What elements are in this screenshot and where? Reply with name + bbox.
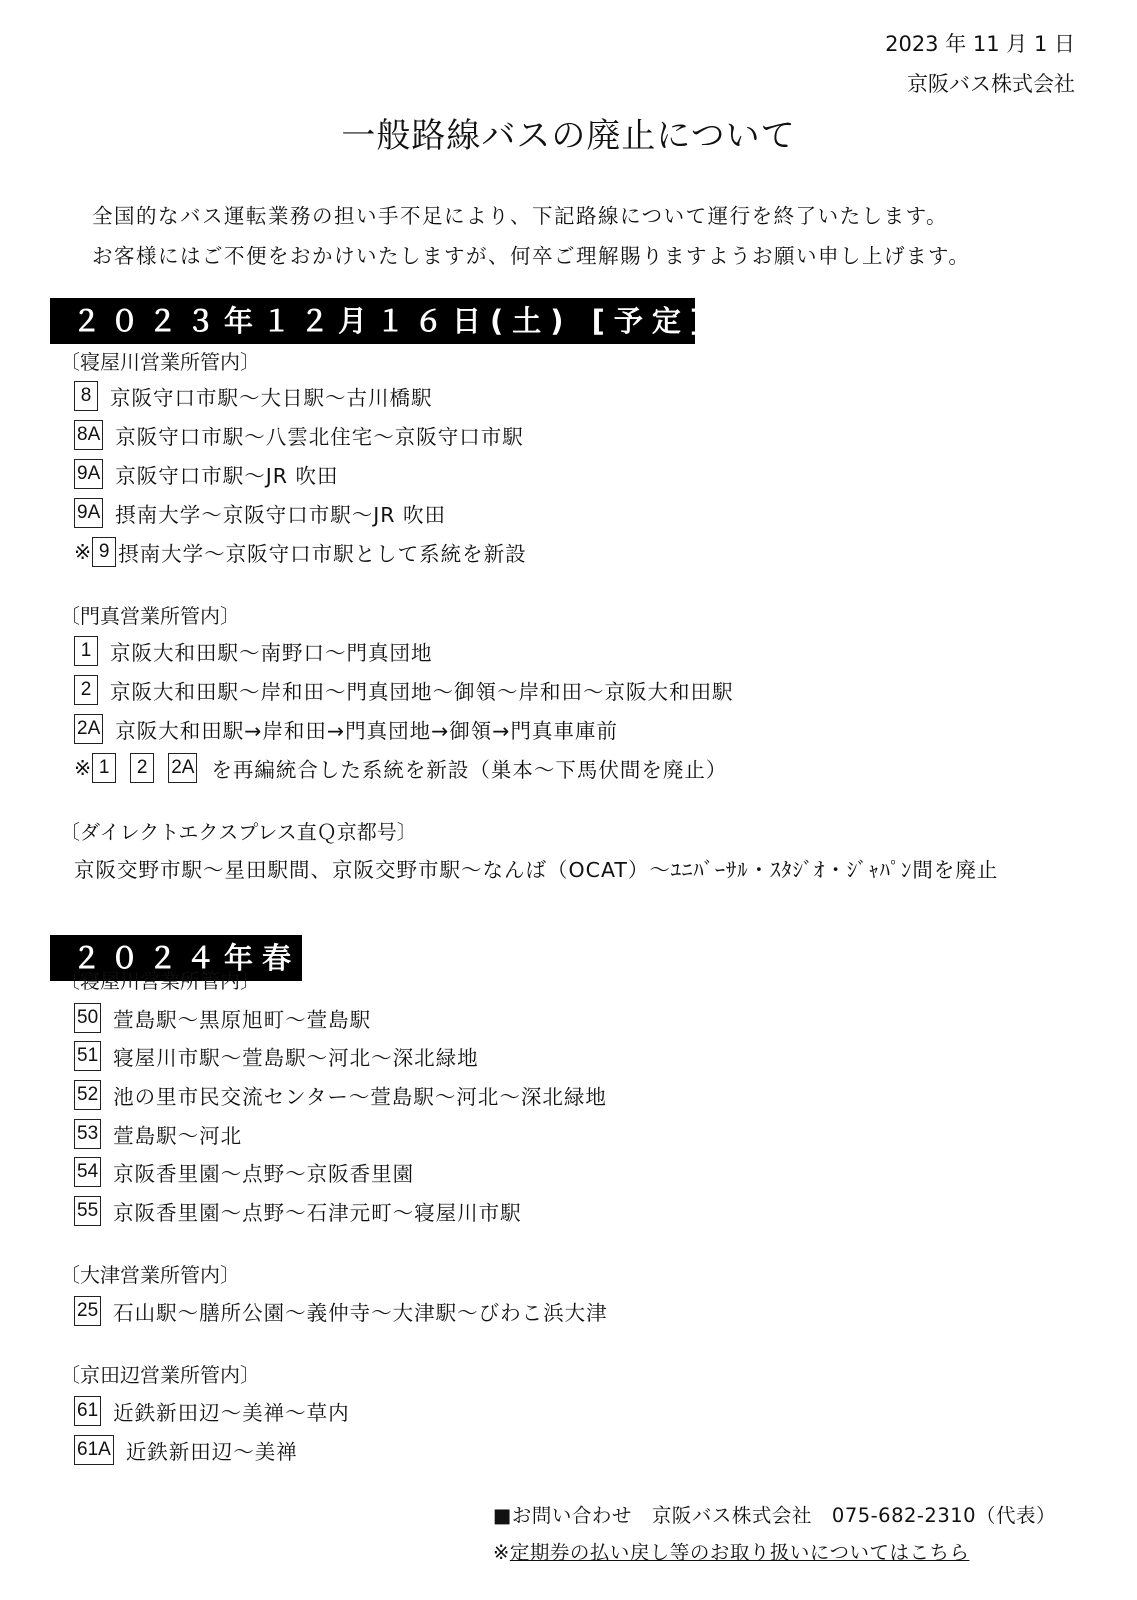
note-mark: ※: [493, 1541, 510, 1564]
route-text: 京阪大和田駅～岸和田～門真団地～御領～岸和田～京阪大和田駅: [110, 675, 734, 705]
issue-date: 2023 年 11 月 1 日: [885, 28, 1075, 58]
route-item: 9A 京阪守口市駅～JR 吹田: [74, 459, 339, 489]
route-number-badge: 2A: [74, 714, 103, 744]
route-number-badge: 1: [74, 636, 98, 666]
route-text: 京阪守口市駅～八雲北住宅～京阪守口市駅: [115, 420, 524, 450]
route-item: 52 池の里市民交流センター～萱島駅～河北～深北緑地: [74, 1080, 607, 1110]
section-banner-2023-12-16: ２０２３年１２月１６日(土) [予定]: [50, 298, 695, 344]
route-number-badge: 2: [74, 675, 98, 705]
office-heading-direct-express: 〔ダイレクトエクスプレス直Ｑ京都号〕: [60, 816, 417, 845]
route-number-badge: 61A: [74, 1435, 114, 1465]
route-text: 京阪交野市駅～星田駅間、京阪交野市駅～なんば（OCAT）～ﾕﾆﾊﾞｰｻﾙ・ｽﾀｼ…: [74, 853, 998, 883]
page-title: 一般路線バスの廃止について: [0, 108, 1137, 157]
route-item: 55 京阪香里園～点野～石津元町～寝屋川市駅: [74, 1196, 522, 1226]
route-item: 50 萱島駅～黒原旭町～萱島駅: [74, 1003, 371, 1033]
route-text: 池の里市民交流センター～萱島駅～河北～深北緑地: [113, 1080, 607, 1110]
route-text: 京阪香里園～点野～京阪香里園: [113, 1157, 414, 1187]
route-item: 8A 京阪守口市駅～八雲北住宅～京阪守口市駅: [74, 420, 524, 450]
route-item: 53 萱島駅～河北: [74, 1119, 242, 1149]
route-number-badge: 51: [74, 1041, 101, 1071]
route-item: 61A 近鉄新田辺～美禅: [74, 1435, 298, 1465]
route-number-badge: 9: [92, 537, 116, 567]
route-number-badge: 54: [74, 1157, 101, 1187]
route-number-badge: 50: [74, 1003, 101, 1033]
route-item: 54 京阪香里園～点野～京阪香里園: [74, 1157, 414, 1187]
note-mark: ※: [74, 540, 92, 564]
route-number-badge: 55: [74, 1196, 101, 1226]
route-item: 51 寝屋川市駅～萱島駅～河北～深北緑地: [74, 1041, 479, 1071]
route-note: ※ 9 摂南大学～京阪守口市駅として系統を新設: [74, 537, 527, 567]
route-number-badge: 25: [74, 1296, 101, 1326]
route-number-badge: 1: [92, 753, 116, 783]
route-text: 近鉄新田辺～美禅: [126, 1435, 298, 1465]
office-heading-kadoma: 〔門真営業所管内〕: [60, 600, 240, 629]
refund-info-link[interactable]: 定期券の払い戻し等のお取り扱いについてはこちら: [510, 1541, 970, 1564]
route-item: 2A 京阪大和田駅→岸和田→門真団地→御領→門真車庫前: [74, 714, 618, 744]
office-heading-neyagawa: 〔寝屋川営業所管内〕: [60, 965, 260, 994]
note-mark: ※: [74, 756, 92, 780]
route-number-badge: 53: [74, 1119, 101, 1149]
note-text: を再編統合した系統を新設（巣本～下馬伏間を廃止）: [211, 753, 727, 783]
route-item: 1 京阪大和田駅～南野口～門真団地: [74, 636, 433, 666]
note-text: 摂南大学～京阪守口市駅として系統を新設: [118, 537, 527, 567]
route-number-badge: 9A: [74, 498, 103, 528]
route-number-badge: 8: [74, 381, 98, 411]
route-number-badge: 9A: [74, 459, 103, 489]
contact-info: ■お問い合わせ 京阪バス株式会社 075-682-2310（代表）: [493, 1500, 1056, 1528]
route-text: 萱島駅～黒原旭町～萱島駅: [113, 1003, 371, 1033]
office-heading-neyagawa: 〔寝屋川営業所管内〕: [60, 346, 260, 375]
route-text: 寝屋川市駅～萱島駅～河北～深北緑地: [113, 1041, 479, 1071]
office-heading-otsu: 〔大津営業所管内〕: [60, 1259, 240, 1288]
route-number-badge: 52: [74, 1080, 101, 1110]
route-item: 2 京阪大和田駅～岸和田～門真団地～御領～岸和田～京阪大和田駅: [74, 675, 734, 705]
issuer-company: 京阪バス株式会社: [907, 68, 1075, 98]
route-text: 近鉄新田辺～美禅～草内: [113, 1396, 350, 1426]
intro-line-2: お客様にはご不便をおかけいたしますが、何卒ご理解賜りますようお願い申し上げます。: [92, 239, 970, 269]
route-number-badge: 8A: [74, 420, 103, 450]
route-item: 61 近鉄新田辺～美禅～草内: [74, 1396, 350, 1426]
route-item: 8 京阪守口市駅～大日駅～古川橋駅: [74, 381, 433, 411]
office-heading-kyotanabe: 〔京田辺営業所管内〕: [60, 1359, 260, 1388]
route-text: 京阪大和田駅～南野口～門真団地: [110, 636, 433, 666]
route-text: 京阪守口市駅～JR 吹田: [115, 459, 338, 489]
route-item: 25 石山駅～膳所公園～義仲寺～大津駅～びわこ浜大津: [74, 1296, 608, 1326]
route-text: 京阪香里園～点野～石津元町～寝屋川市駅: [113, 1196, 522, 1226]
intro-line-1: 全国的なバス運転業務の担い手不足により、下記路線について運行を終了いたします。: [92, 199, 948, 229]
route-number-badge: 61: [74, 1396, 101, 1426]
route-text: 摂南大学～京阪守口市駅～JR 吹田: [115, 498, 446, 528]
route-number-badge: 2: [130, 753, 154, 783]
route-number-badge: 2A: [168, 753, 197, 783]
route-text: 京阪守口市駅～大日駅～古川橋駅: [110, 381, 433, 411]
route-text: 石山駅～膳所公園～義仲寺～大津駅～びわこ浜大津: [113, 1296, 608, 1326]
route-text: 萱島駅～河北: [113, 1119, 242, 1149]
route-item: 9A 摂南大学～京阪守口市駅～JR 吹田: [74, 498, 446, 528]
route-note: ※ 1 2 2A を再編統合した系統を新設（巣本～下馬伏間を廃止）: [74, 753, 727, 783]
refund-notice: ※定期券の払い戻し等のお取り扱いについてはこちら: [493, 1537, 969, 1565]
route-text: 京阪大和田駅→岸和田→門真団地→御領→門真車庫前: [115, 714, 618, 744]
